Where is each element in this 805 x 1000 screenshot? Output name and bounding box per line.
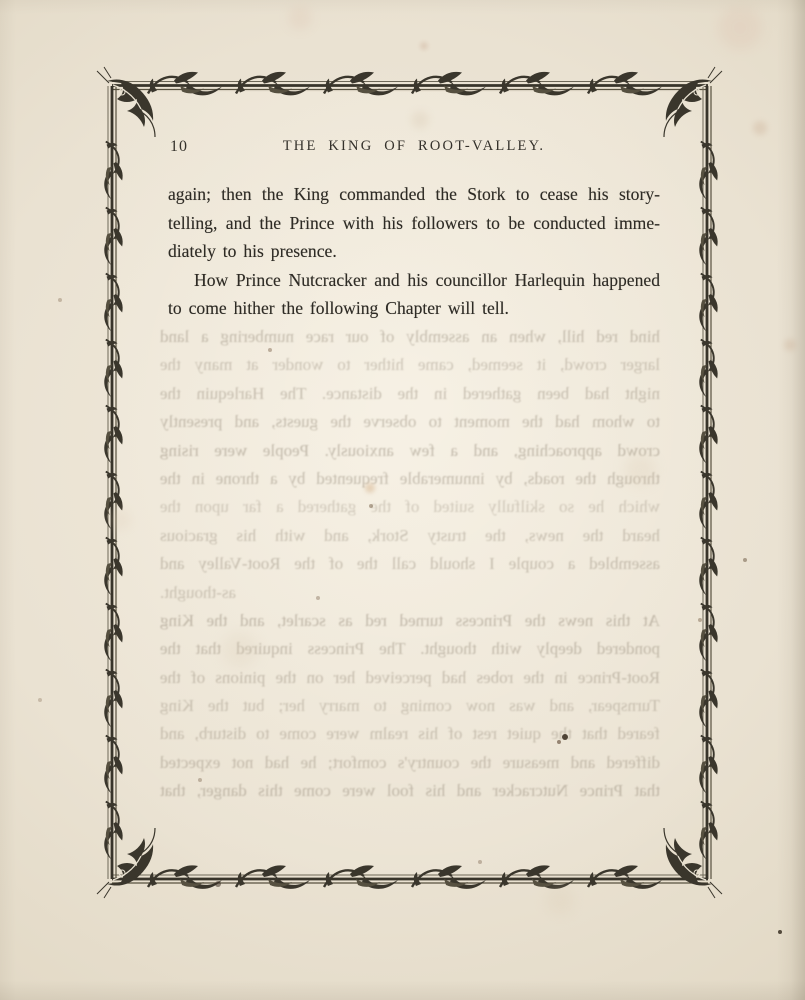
body-line: again; then the King commanded the Stork… [168, 180, 660, 209]
page-header: 10 THE KING OF ROOT-VALLEY. [168, 138, 660, 160]
corner-flourish-bottom-right-icon [664, 828, 722, 898]
corner-flourish-top-right-icon [664, 67, 722, 137]
page-number: 10 [170, 138, 188, 156]
body-line: How Prince Nutcracker and his councillor… [168, 266, 660, 295]
corner-flourish-top-left-icon [97, 67, 155, 137]
body-line: to come hither the following Chapter wil… [168, 294, 660, 323]
vine-border-bottom-icon [112, 865, 708, 889]
vine-border-left-icon [104, 86, 122, 879]
body-text-block: again; then the King commanded the Stork… [168, 180, 660, 323]
running-title: THE KING OF ROOT-VALLEY. [168, 138, 660, 155]
body-line: telling, and the Prince with his followe… [168, 209, 660, 238]
body-line: diately to his presence. [168, 237, 660, 266]
vine-border-right-icon [699, 86, 717, 879]
vine-border-top-icon [112, 72, 708, 96]
book-page-scan: 10 THE KING OF ROOT-VALLEY. again; then … [0, 0, 805, 1000]
